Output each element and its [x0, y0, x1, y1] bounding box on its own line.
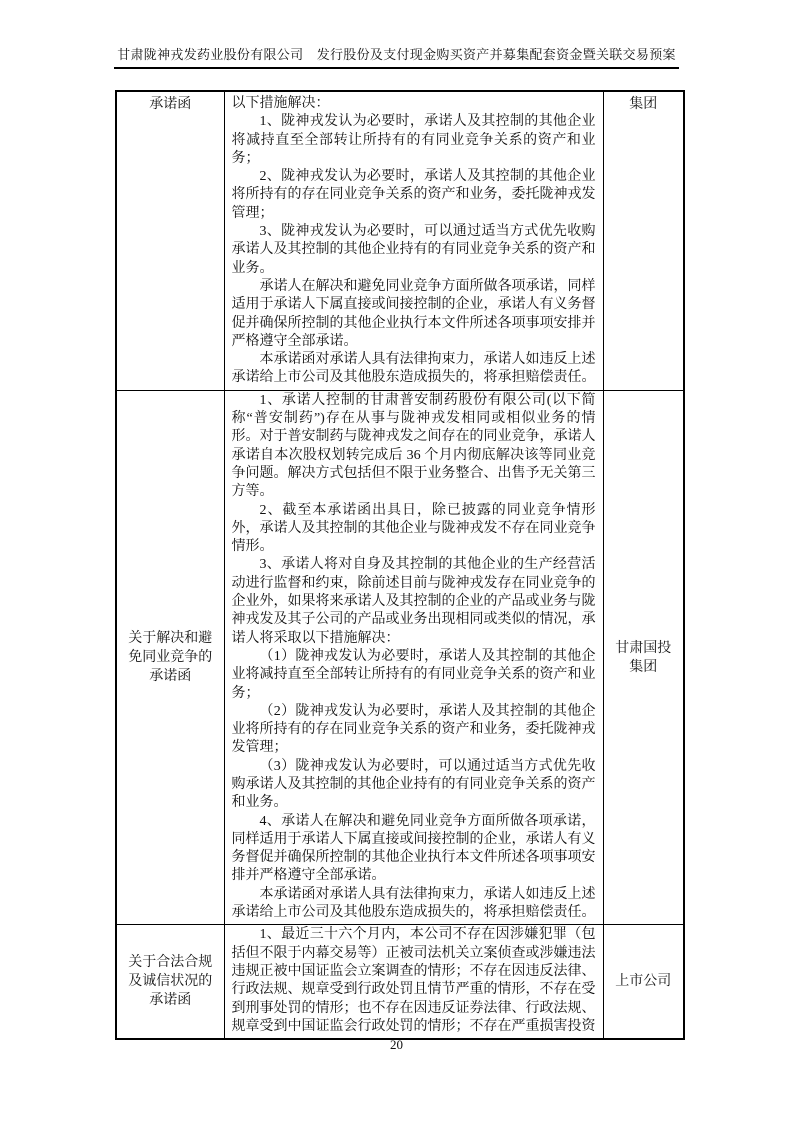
table-row: 承诺函 以下措施解决： 1、陇神戎发认为必要时，承诺人及其控制的其他企业将减持直… [116, 91, 684, 390]
paragraph: 以下措施解决： [232, 95, 596, 113]
paragraph: 本承诺函对承诺人具有法律拘束力，承诺人如违反上述承诺给上市公司及其他股东造成损失… [232, 886, 596, 923]
commitment-name: 承诺函 [128, 95, 212, 114]
paragraph: （3）陇神戎发认为必要时，可以通过适当方式优先收购承诺人及其控制的其他企业持有的… [232, 758, 596, 813]
page-number: 20 [0, 1037, 793, 1053]
paragraph: 2、截至本承诺函出具日，除已披露的同业竞争情形外，承诺人及其控制的其他企业与陇神… [232, 502, 596, 557]
commitment-party: 甘肃国投集团 [615, 639, 671, 677]
commitment-party-cell: 上市公司 [603, 925, 684, 1039]
page-header: 甘肃陇神戎发药业股份有限公司 发行股份及支付现金购买资产并募集配套资金暨关联交易… [0, 44, 793, 69]
commitment-name-cell: 关于解决和避免同业竞争的承诺函 [116, 390, 224, 925]
commitment-content-cell: 1、最近三十六个月内，本公司不存在因涉嫌犯罪（包括但不限于内幕交易等）正被司法机… [224, 925, 603, 1039]
commitment-party: 上市公司 [615, 972, 671, 991]
document-title: 甘肃陇神戎发药业股份有限公司 发行股份及支付现金购买资产并募集配套资金暨关联交易… [114, 44, 679, 69]
table-row: 关于解决和避免同业竞争的承诺函 1、承诺人控制的甘肃普安制药股份有限公司(以下简… [116, 390, 684, 925]
commitment-content-cell: 1、承诺人控制的甘肃普安制药股份有限公司(以下简称“普安制药”)存在从事与陇神戎… [224, 390, 603, 925]
commitment-party-cell: 甘肃国投集团 [603, 390, 684, 925]
commitment-party: 集团 [615, 95, 671, 114]
paragraph: 3、承诺人将对自身及其控制的其他企业的生产经营活动进行监督和约束，除前述目前与陇… [232, 556, 596, 647]
commitment-name-cell: 关于合法合规及诚信状况的承诺函 [116, 925, 224, 1039]
paragraph: 3、陇神戎发认为必要时，可以通过适当方式优先收购承诺人及其控制的其他企业持有的有… [232, 223, 596, 278]
paragraph: 1、陇神戎发认为必要时，承诺人及其控制的其他企业将减持直至全部转让所持有的有同业… [232, 113, 596, 168]
commitments-table: 承诺函 以下措施解决： 1、陇神戎发认为必要时，承诺人及其控制的其他企业将减持直… [115, 90, 685, 1040]
paragraph: 2、陇神戎发认为必要时，承诺人及其控制的其他企业将所持有的存在同业竞争关系的资产… [232, 168, 596, 223]
commitment-party-cell: 集团 [603, 91, 684, 390]
paragraph: 1、承诺人控制的甘肃普安制药股份有限公司(以下简称“普安制药”)存在从事与陇神戎… [232, 392, 596, 502]
paragraph: 承诺人在解决和避免同业竞争方面所做各项承诺，同样适用于承诺人下属直接或间接控制的… [232, 278, 596, 351]
paragraph: （1）陇神戎发认为必要时，承诺人及其控制的其他企业将减持直至全部转让所持有的有同… [232, 648, 596, 703]
paragraph: 1、最近三十六个月内，本公司不存在因涉嫌犯罪（包括但不限于内幕交易等）正被司法机… [232, 926, 596, 1036]
paragraph: （2）陇神戎发认为必要时，承诺人及其控制的其他企业将所持有的存在同业竞争关系的资… [232, 703, 596, 758]
paragraph: 本承诺函对承诺人具有法律拘束力，承诺人如违反上述承诺给上市公司及其他股东造成损失… [232, 351, 596, 388]
commitment-name: 关于合法合规及诚信状况的承诺函 [128, 953, 212, 1010]
paragraph: 4、承诺人在解决和避免同业竞争方面所做各项承诺，同样适用于承诺人下属直接或间接控… [232, 813, 596, 886]
table-row: 关于合法合规及诚信状况的承诺函 1、最近三十六个月内，本公司不存在因涉嫌犯罪（包… [116, 925, 684, 1039]
commitment-name-cell: 承诺函 [116, 91, 224, 390]
commitment-content-cell: 以下措施解决： 1、陇神戎发认为必要时，承诺人及其控制的其他企业将减持直至全部转… [224, 91, 603, 390]
commitment-name: 关于解决和避免同业竞争的承诺函 [128, 629, 212, 686]
